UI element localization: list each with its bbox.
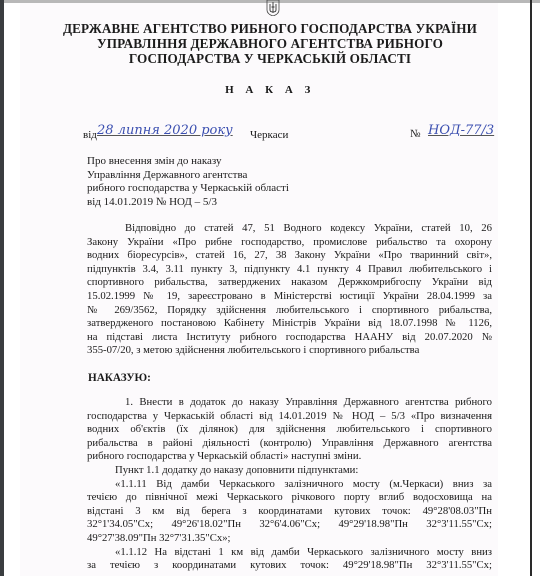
text-line: течією до північної межі Черкаського річ… xyxy=(87,491,492,505)
text-line: 32°1'34.05"Сх; 49°26'18.02"Пн 32°6'4.06"… xyxy=(87,518,492,532)
text-line: «1.1.12 На відстані 1 км від дамби Черка… xyxy=(87,546,492,560)
text-line: № 269/3562, Порядку здійснення любительс… xyxy=(87,304,492,318)
preamble-paragraph: Відповідно до статей 47, 51 Водного коде… xyxy=(87,222,492,358)
coat-of-arms-icon xyxy=(265,0,281,16)
text-line: Закону України «Про рибне господарство, … xyxy=(87,236,492,250)
point-intro: Пункт 1.1 додатку до наказу доповнити пі… xyxy=(87,464,492,478)
text-line: на підставі листа Інституту рибного госп… xyxy=(87,331,492,345)
handwritten-order-number: НОД-77/3 xyxy=(428,123,494,138)
text-line: «1.1.11 Від дамби Черкаського залізнично… xyxy=(87,478,492,492)
text-line: водних об'єктів (їх ділянок) для здійсне… xyxy=(87,423,492,437)
handwritten-date: 28 липня 2020 року xyxy=(97,123,233,138)
text-line: рибальства в районі діяльності (контролю… xyxy=(87,437,492,451)
text-line: затвердженого постановою Кабінету Мініст… xyxy=(87,317,492,331)
text-line: 15.02.1999 № 19, зареєстровано в Міністе… xyxy=(87,290,492,304)
agency-header: ДЕРЖАВНЕ АГЕНТСТВО РИБНОГО ГОСПОДАРСТВА … xyxy=(0,21,540,66)
text-line: рибного господарства у Черкаській област… xyxy=(87,450,492,464)
text-line: відстані 3 км від берега з координатами … xyxy=(87,505,492,519)
header-line: ГОСПОДАРСТВА У ЧЕРКАСЬКІЙ ОБЛАСТІ xyxy=(0,51,540,66)
viewer-right-edge xyxy=(530,0,532,576)
header-line: ДЕРЖАВНЕ АГЕНТСТВО РИБНОГО ГОСПОДАРСТВА … xyxy=(0,21,540,36)
text-line: за течією з координатами кутових точок: … xyxy=(87,559,492,573)
text-line: 355-07/20, з метою здійснення любительсь… xyxy=(87,344,492,358)
subject-line: Про внесення змін до наказу xyxy=(87,155,289,169)
order-meta-row: від 28 липня 2020 року Черкаси № НОД-77/… xyxy=(0,122,540,144)
text-line: 49°27'38.09"Пн 32°7'31.35"Сх»; xyxy=(87,532,492,546)
text-line: спортивного рибальства, затверджених нак… xyxy=(87,276,492,290)
subject-line: рибного господарства у Черкаській област… xyxy=(87,182,289,196)
number-prefix: № xyxy=(410,128,421,140)
text-line: Відповідно до статей 47, 51 Водного коде… xyxy=(87,222,492,236)
order-title: Н А К А З xyxy=(0,84,540,96)
city-label: Черкаси xyxy=(250,129,288,141)
text-line: водних біоресурсів», статей 16, 27, 38 З… xyxy=(87,249,492,263)
subject-line: Управління Державного агентства xyxy=(87,169,289,183)
date-prefix: від xyxy=(83,129,97,141)
header-line: УПРАВЛІННЯ ДЕРЖАВНОГО АГЕНТСТВА РИБНОГО xyxy=(0,36,540,51)
order-subject: Про внесення змін до наказу Управління Д… xyxy=(87,155,289,210)
item-1-paragraph: 1. Внести в додаток до наказу Управління… xyxy=(87,396,492,573)
text-line: підпунктів 3.4, 3.11 пункту 3, підпункту… xyxy=(87,263,492,277)
decree-heading: НАКАЗУЮ: xyxy=(88,372,151,384)
text-line: господарства у Черкаській області від 14… xyxy=(87,410,492,424)
text-line: 1. Внести в додаток до наказу Управління… xyxy=(87,396,492,410)
subject-line: від 14.01.2019 № НОД – 5/3 xyxy=(87,196,289,210)
